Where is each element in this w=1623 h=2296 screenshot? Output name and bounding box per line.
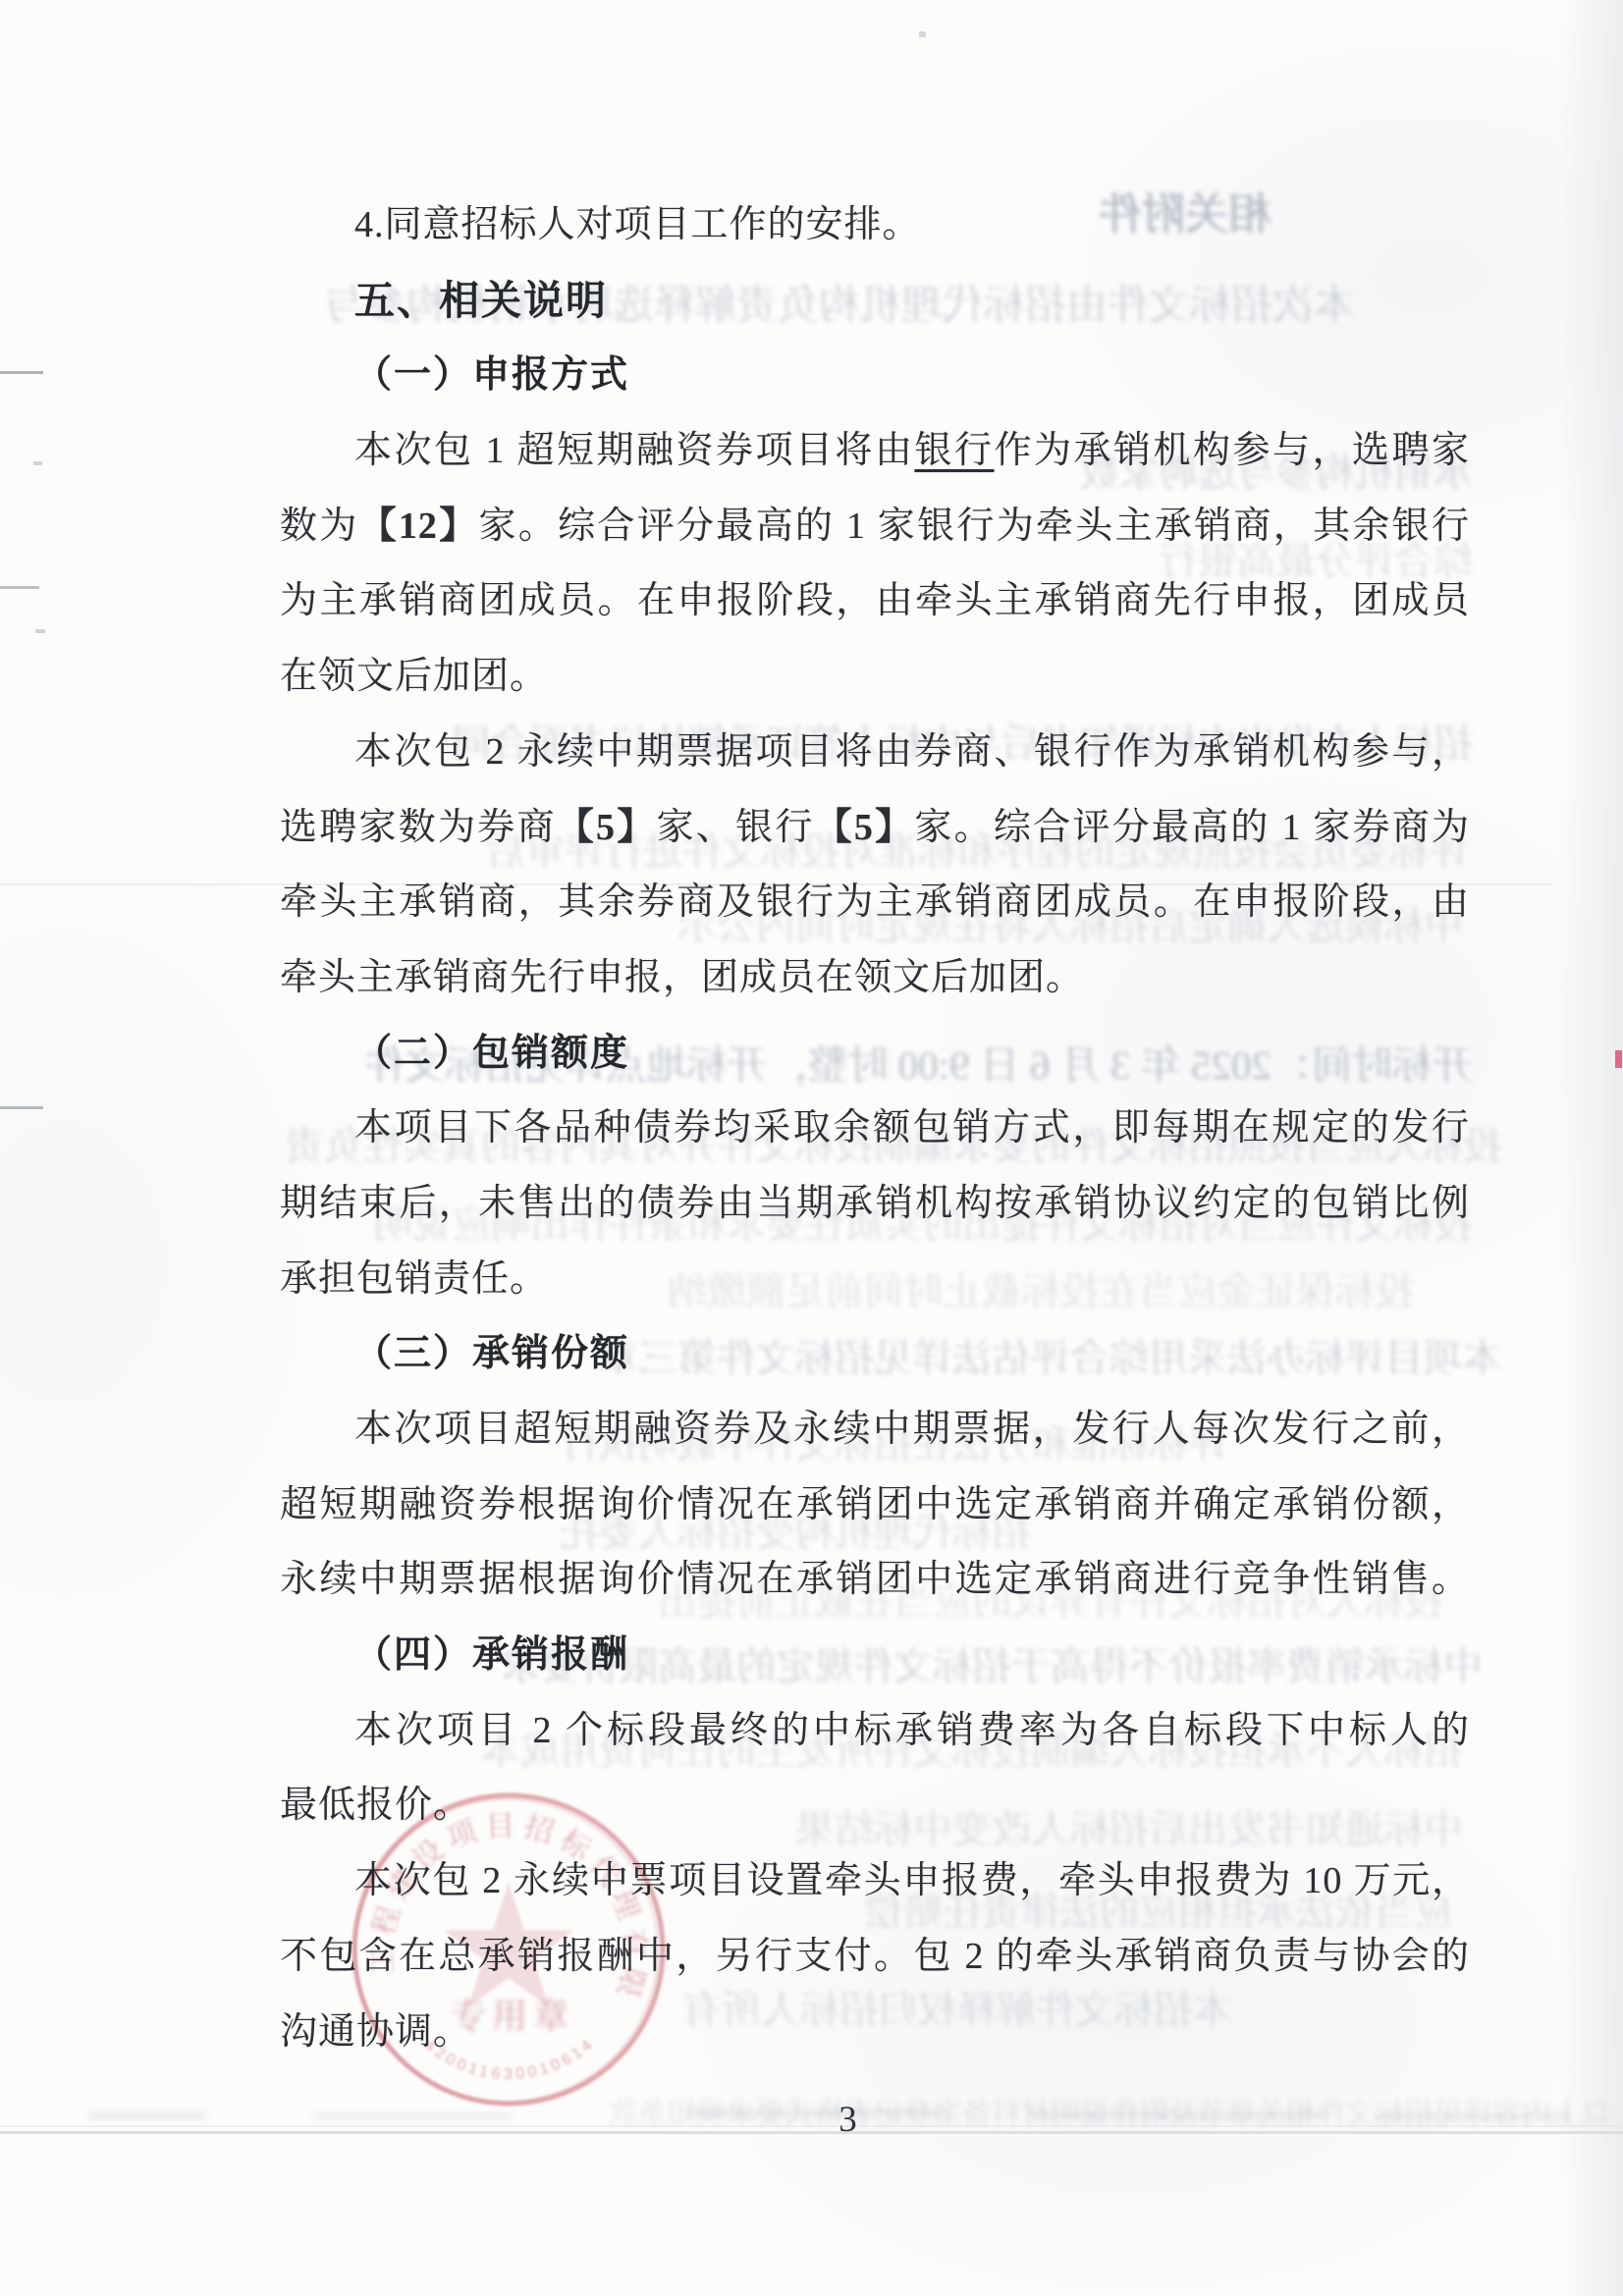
bold-bracket-segment: 【5】 — [557, 807, 657, 848]
seal-code-digits-illegible: 420011630010614 — [421, 2035, 599, 2083]
bold-bracket-segment: 【5】 — [815, 807, 915, 848]
text-segment: 承担包销责任。 — [280, 1258, 548, 1300]
text-segment: 本项目下各品种债券均采取余额包销方式，即每期在规定的发行 — [354, 1107, 1470, 1148]
heading-line: （三）承销份额 — [280, 1316, 1470, 1392]
text-segment: 家。综合评分最高的 1 家券商为 — [914, 807, 1470, 848]
text-segment: 选聘家数为券商 — [280, 807, 557, 848]
text-line: 本次项目超短期融资券及永续中期票据，发行人每次发行之前， — [280, 1392, 1470, 1468]
seal-star-icon — [443, 1883, 573, 2007]
text-line: 为主承销商团成员。在申报阶段，由牵头主承销商先行申报，团成员 — [280, 563, 1470, 639]
text-line: 本次项目 2 个标段最终的中标承销费率为各自标段下中标人的 — [280, 1693, 1470, 1769]
text-line: 牵头主承销商，其余券商及银行为主承销商团成员。在申报阶段，由 — [280, 865, 1470, 940]
text-line: 数为【12】家。综合评分最高的 1 家银行为牵头主承销商，其余银行 — [280, 489, 1470, 564]
text-line: 本次包 2 永续中期票据项目将由券商、银行作为承销机构参与， — [280, 715, 1470, 790]
heading-line: （二）包销额度 — [280, 1016, 1470, 1092]
page-number: 3 — [36, 2083, 1623, 2158]
bold-bracket-segment: 【12】 — [359, 506, 479, 547]
text-segment: 超短期融资券根据询价情况在承销团中选定承销商并确定承销份额， — [280, 1484, 1470, 1525]
text-line: 超短期融资券根据询价情况在承销团中选定承销商并确定承销份额， — [280, 1468, 1470, 1543]
text-segment: 本次项目 2 个标段最终的中标承销费率为各自标段下中标人的 — [354, 1710, 1470, 1751]
text-segment: （二）包销额度 — [354, 1033, 629, 1074]
text-segment: 为主承销商团成员。在申报阶段，由牵头主承销商先行申报，团成员 — [280, 580, 1470, 621]
text-line: 本次包 1 超短期融资券项目将由银行作为承销机构参与，选聘家 — [280, 413, 1470, 489]
heading-line: 五、相关说明 — [280, 263, 1470, 339]
seal-center-text-illegible: 专用章 — [451, 1997, 574, 2036]
scanned-page: 相关附件本次招标文件由招标代理机构负责解释选聘承销机构参与承销机构参与选聘家数综… — [0, 0, 1623, 2296]
svg-text:420011630010614: 420011630010614 — [421, 2035, 599, 2083]
heading-line: （一）申报方式 — [280, 338, 1470, 413]
text-segment: 4.同意招标人对项目工作的安排。 — [354, 204, 921, 245]
text-segment: 在领文后加团。 — [280, 656, 548, 697]
text-line: 4.同意招标人对项目工作的安排。 — [280, 187, 1470, 263]
text-line: 选聘家数为券商【5】家、银行【5】家。综合评分最高的 1 家券商为 — [280, 790, 1470, 866]
text-segment: （四）承销报酬 — [354, 1634, 629, 1676]
company-seal-stamp: 工程建设项目招标代理有限公司 420011630010614 专用章 — [338, 1785, 679, 2118]
text-segment: 期结束后，未售出的债券由当期承销机构按承销协议约定的包销比例 — [280, 1183, 1470, 1224]
text-segment: 作为承销机构参与，选聘家 — [994, 430, 1469, 471]
text-line: 期结束后，未售出的债券由当期承销机构按承销协议约定的包销比例 — [280, 1166, 1470, 1242]
text-segment: 本次包 2 永续中期票据项目将由券商、银行作为承销机构参与， — [354, 731, 1470, 773]
text-line: 牵头主承销商先行申报，团成员在领文后加团。 — [280, 940, 1470, 1016]
text-segment: 本次包 1 超短期融资券项目将由 — [354, 430, 914, 471]
text-line: 本项目下各品种债券均采取余额包销方式，即每期在规定的发行 — [280, 1091, 1470, 1166]
text-segment: （三）承销份额 — [354, 1333, 629, 1374]
text-segment: 本次项目超短期融资券及永续中期票据，发行人每次发行之前， — [354, 1409, 1470, 1450]
underlined-text-segment: 银行 — [914, 430, 994, 471]
text-line: 永续中期票据根据询价情况在承销团中选定承销商进行竞争性销售。 — [280, 1542, 1470, 1618]
text-line: 在领文后加团。 — [280, 639, 1470, 715]
text-segment: 牵头主承销商先行申报，团成员在领文后加团。 — [280, 957, 1084, 998]
heading-line: （四）承销报酬 — [280, 1618, 1470, 1693]
text-segment: 五、相关说明 — [354, 278, 608, 323]
text-segment: 数为 — [280, 506, 359, 547]
text-segment: 家、银行 — [657, 807, 815, 848]
text-line: 承担包销责任。 — [280, 1242, 1470, 1317]
text-segment: 家。综合评分最高的 1 家银行为牵头主承销商，其余银行 — [479, 506, 1470, 547]
text-segment: （一）申报方式 — [354, 354, 629, 396]
text-segment: 永续中期票据根据询价情况在承销团中选定承销商进行竞争性销售。 — [280, 1559, 1470, 1600]
text-segment: 牵头主承销商，其余券商及银行为主承销商团成员。在申报阶段，由 — [280, 881, 1470, 923]
